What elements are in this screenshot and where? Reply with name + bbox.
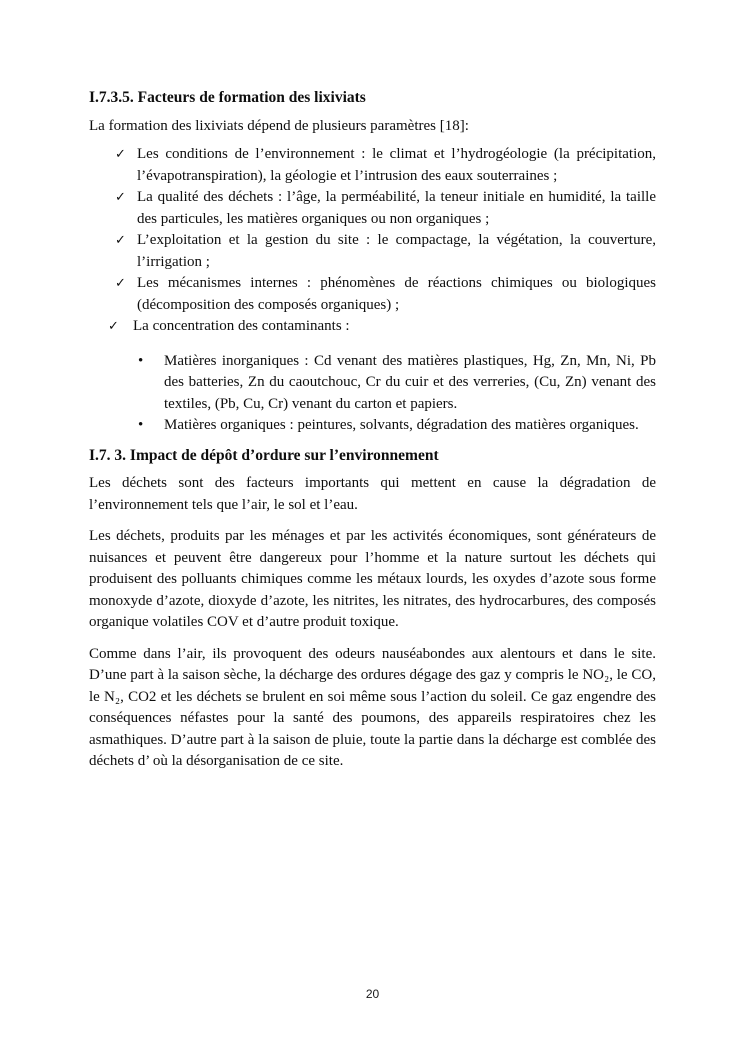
check-item-text: L’exploitation et la gestion du site : l… — [137, 232, 656, 270]
check-item-text: La qualité des déchets : l’âge, la permé… — [137, 189, 656, 227]
checkmark-icon: ✓ — [115, 187, 126, 209]
page-number: 20 — [0, 984, 745, 1006]
section-heading-impact: I.7. 3. Impact de dépôt d’ordure sur l’e… — [89, 445, 656, 467]
document-page: I.7.3.5. Facteurs de formation des lixiv… — [0, 0, 745, 1053]
bullet-item-text: Matières organiques : peintures, solvant… — [164, 417, 639, 433]
check-list-item: ✓ L’exploitation et la gestion du site :… — [89, 230, 656, 273]
check-list-item: ✓ La qualité des déchets : l’âge, la per… — [89, 187, 656, 230]
checkmark-icon: ✓ — [115, 230, 126, 252]
checkmark-icon: ✓ — [115, 144, 126, 166]
bullet-item-text: Matières inorganiques : Cd venant des ma… — [164, 353, 656, 412]
bullet-list-item: • Matières organiques : peintures, solva… — [89, 415, 656, 437]
paragraph: Les déchets sont des facteurs importants… — [89, 473, 656, 516]
intro-paragraph: La formation des lixiviats dépend de plu… — [89, 116, 656, 138]
paragraph: Comme dans l’air, ils provoquent des ode… — [89, 644, 656, 773]
check-item-text: Les conditions de l’environnement : le c… — [137, 146, 656, 184]
checkmark-icon: ✓ — [108, 316, 119, 338]
check-item-text: La concentration des contaminants : — [133, 318, 350, 334]
bullet-icon: • — [138, 415, 143, 437]
check-list-item: ✓ Les conditions de l’environnement : le… — [89, 144, 656, 187]
bullet-list-item: • Matières inorganiques : Cd venant des … — [89, 351, 656, 416]
check-list: ✓ Les conditions de l’environnement : le… — [89, 144, 656, 338]
bullet-list: • Matières inorganiques : Cd venant des … — [89, 351, 656, 437]
paragraph: Les déchets, produits par les ménages et… — [89, 526, 656, 634]
bullet-icon: • — [138, 351, 143, 373]
checkmark-icon: ✓ — [115, 273, 126, 295]
check-list-item: ✓ Les mécanismes internes : phénomènes d… — [89, 273, 656, 316]
check-item-text: Les mécanismes internes : phénomènes de … — [137, 275, 656, 313]
page-content: I.7.3.5. Facteurs de formation des lixiv… — [89, 87, 656, 773]
check-list-item: ✓ La concentration des contaminants : — [89, 316, 656, 338]
section-heading-lixiviats: I.7.3.5. Facteurs de formation des lixiv… — [89, 87, 656, 109]
